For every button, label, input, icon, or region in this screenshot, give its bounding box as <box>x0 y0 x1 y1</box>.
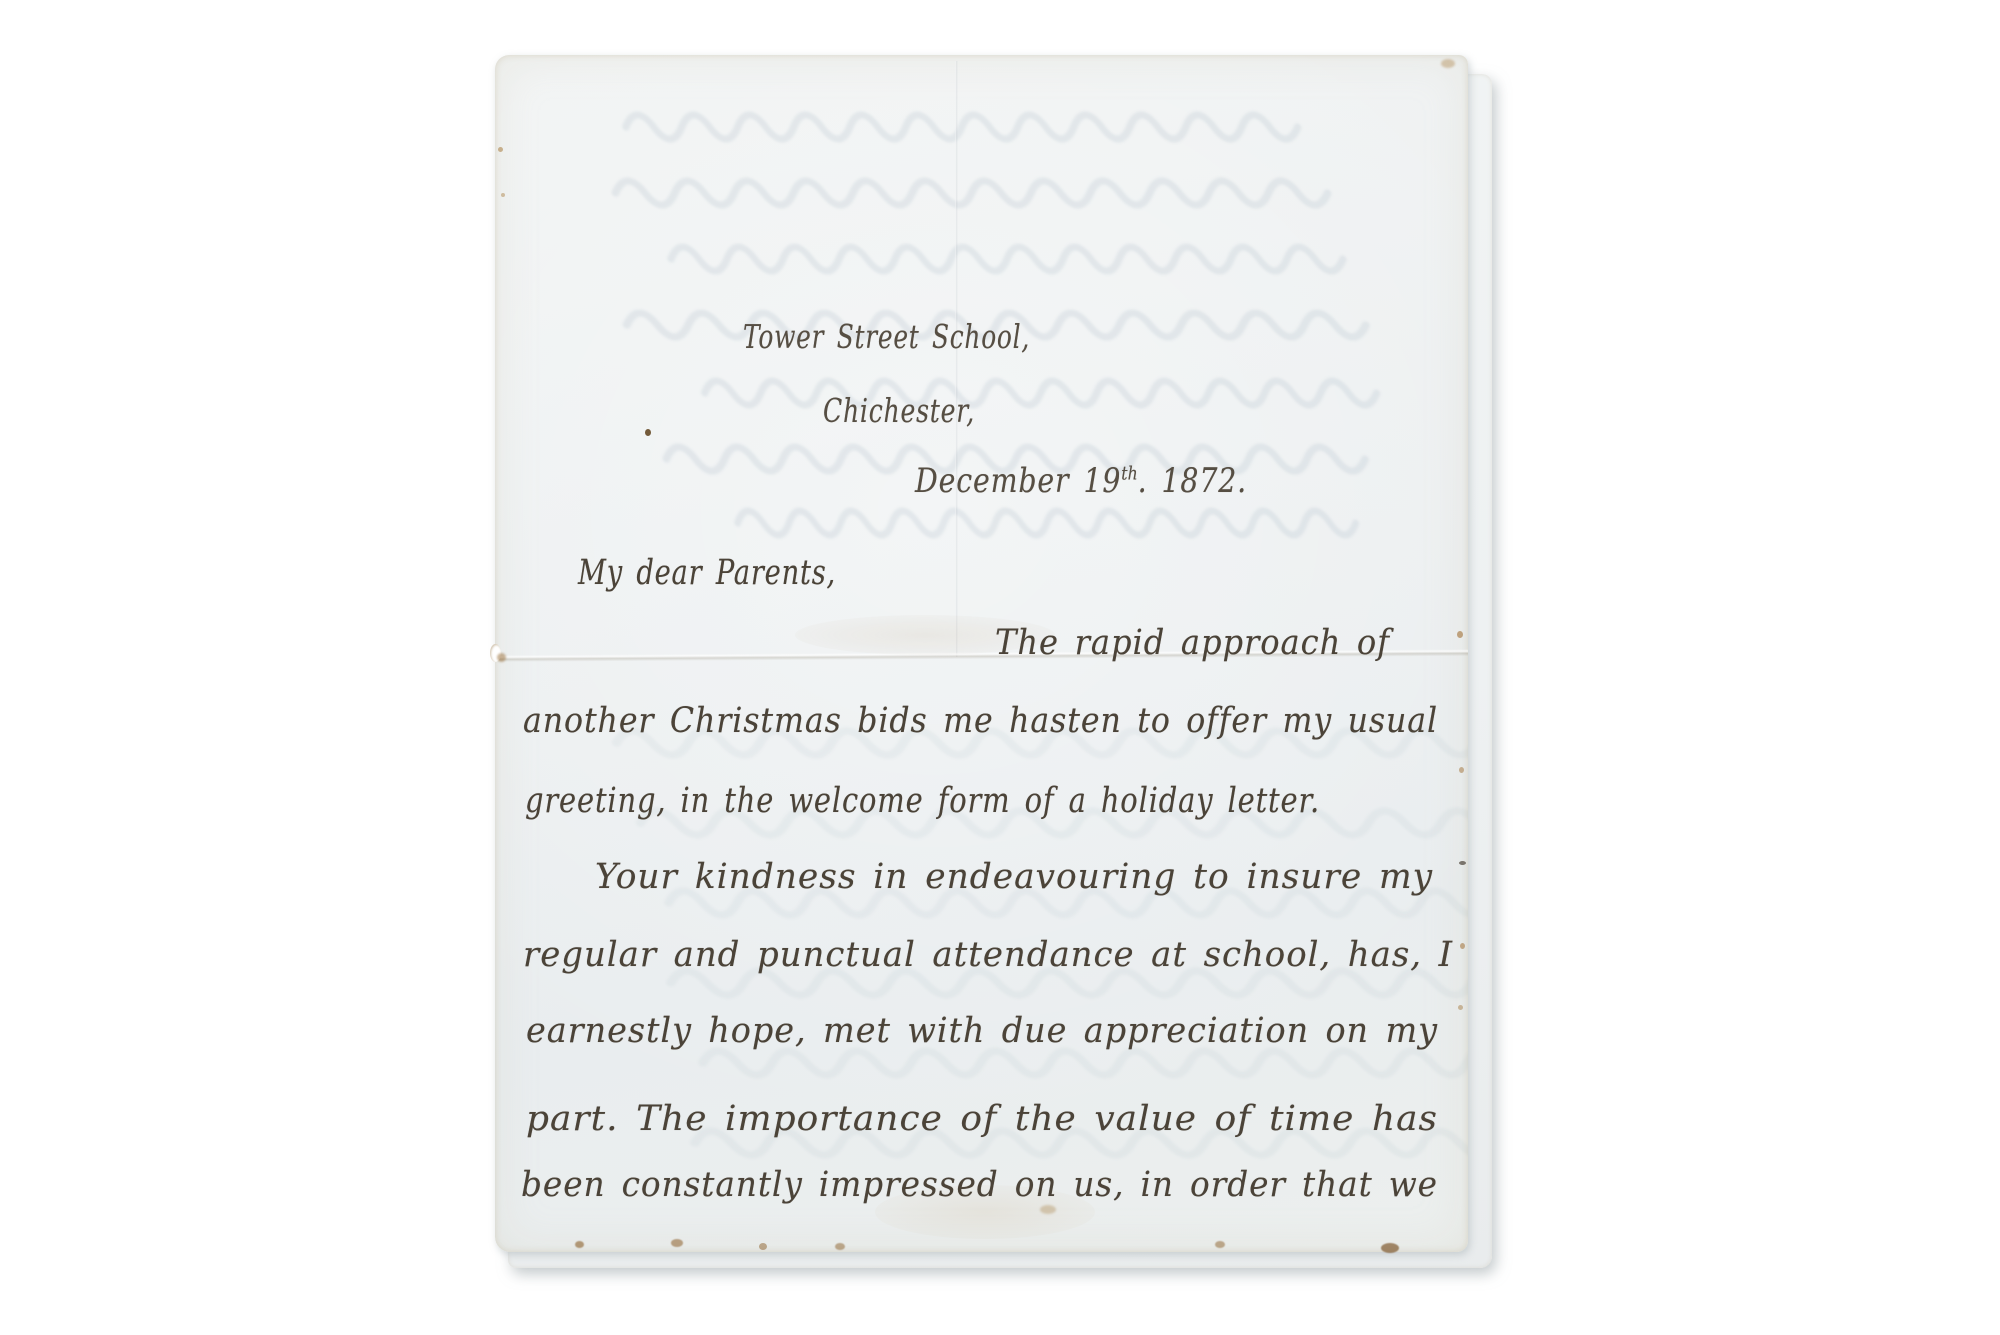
body-line: greeting, in the welcome form of a holid… <box>525 781 1320 821</box>
fox-spot <box>1458 1005 1463 1010</box>
fox-spot <box>498 147 503 152</box>
school-name-line: Tower Street School, <box>743 317 1030 356</box>
date-ordinal: th <box>1121 464 1137 485</box>
body-line: The rapid approach of <box>995 623 1390 663</box>
city-line: Chichester, <box>823 391 975 430</box>
body-line: regular and punctual attendance at schoo… <box>523 935 1453 975</box>
fox-spot <box>1460 943 1465 949</box>
fox-spot <box>759 1243 767 1250</box>
photo-background: Tower Street School, Chichester, Decembe… <box>0 0 2000 1335</box>
date-line: December 19th. 1872. <box>915 461 1247 501</box>
fox-spot <box>1459 767 1464 773</box>
body-line: another Christmas bids me hasten to offe… <box>523 701 1438 741</box>
body-line: been constantly impressed on us, in orde… <box>521 1165 1438 1205</box>
fox-spot <box>645 429 651 436</box>
fox-spot <box>1457 631 1463 638</box>
date-year: . 1872. <box>1138 461 1247 501</box>
fox-spot <box>835 1243 845 1250</box>
fold-edge-notch <box>490 644 501 662</box>
fox-spot <box>671 1239 683 1247</box>
fox-spot <box>1381 1243 1399 1253</box>
fox-spot <box>575 1241 584 1248</box>
body-line: earnestly hope, met with due appreciatio… <box>526 1011 1438 1051</box>
body-line: Your kindness in endeavouring to insure … <box>595 857 1433 897</box>
vertical-fold-crease <box>955 61 958 657</box>
body-line: part. The importance of the value of tim… <box>526 1099 1438 1139</box>
date-prefix: December 19 <box>915 461 1121 501</box>
fox-spot <box>501 193 505 197</box>
fox-spot <box>1441 59 1455 68</box>
salutation-line: My dear Parents, <box>578 553 836 593</box>
ink-edge-mark <box>1459 861 1466 865</box>
letter-page: Tower Street School, Chichester, Decembe… <box>495 55 1468 1252</box>
fox-spot <box>1040 1205 1056 1214</box>
fox-spot <box>1215 1241 1225 1248</box>
